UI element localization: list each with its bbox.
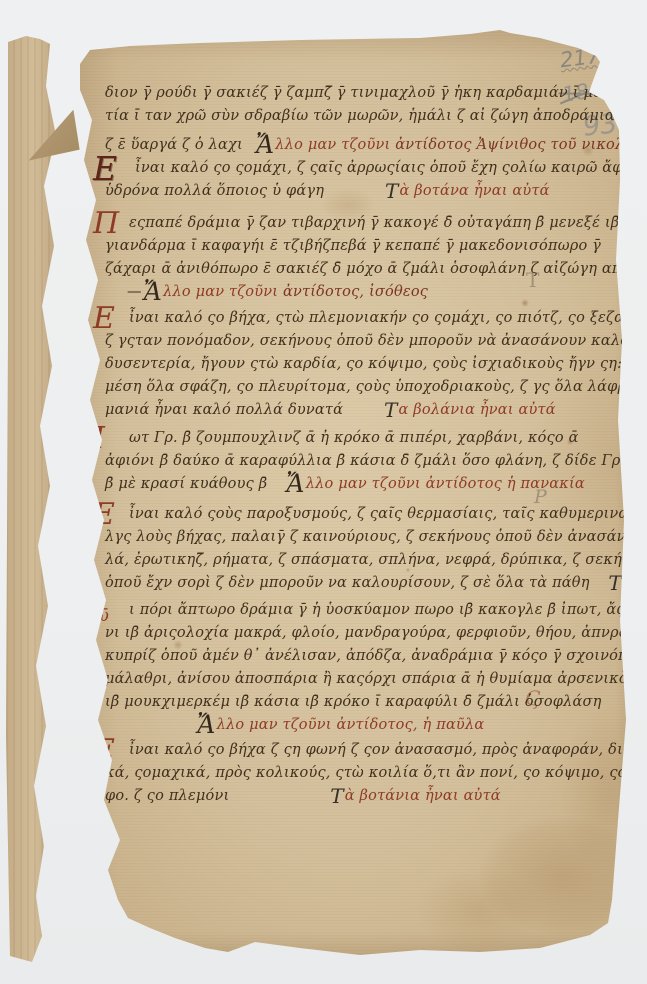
text-line: μέση ὅλα σφάζη, ςο πλευρίτομα, ςοὺς ὑποχ… bbox=[105, 376, 545, 399]
botanicals-heading: Τὰ βοτάνα bbox=[608, 575, 647, 591]
heading-title: ἀντίδοτος, ἰσόθεος bbox=[283, 284, 428, 300]
text-run: β̄ μὲ κρασί κυάθους β̄ bbox=[105, 476, 267, 492]
text-line: ἶναι καλό ςο βήχα ζ ςη φωνή ζ ςον ἀνασασ… bbox=[105, 739, 545, 762]
text-line: κά, ςομαχικά, πρὸς κολικούς, ςτὼ κοιλία … bbox=[105, 762, 545, 785]
text-line: ἶναι καλό ςο ςομάχι, ζ ςαῖς ἀρρωςίαις ὁπ… bbox=[105, 157, 545, 180]
heading-initial: Ἄ bbox=[144, 277, 163, 306]
paragraph-dash: — bbox=[127, 284, 140, 300]
text-line: γιανδάρμα ῑ καφαγήι ε̄ τζιβήζπεβά γ̄ κεπ… bbox=[105, 235, 545, 258]
initial-capital: Ε bbox=[93, 500, 115, 530]
paragraph: Ε ἶναι καλό ςο βήχα, ςτὼ πλεμονιακήν ςο … bbox=[105, 307, 545, 422]
text-line: φο. ζ ςο πλεμόνι Τὰ βοτάνια ἦναι αὐτά bbox=[105, 785, 545, 808]
text-line: ἶναι καλό ςο βήχα, ςτὼ πλεμονιακήν ςο ςο… bbox=[105, 307, 545, 330]
paragraph: Π εςπαπέ δράμια γ̄ ζαν τιβαρχινή γ̄ κακο… bbox=[105, 212, 545, 304]
text-line: ωτ Γρ. β̄ ζουμπουχλινζ ᾱ ἠ κρόκο ᾱ πιπέρ… bbox=[105, 427, 545, 450]
paragraph: Ε ἶναι καλό ςο ςομάχι, ζ ςαῖς ἀρρωςίαις … bbox=[105, 157, 545, 203]
text-line: λγς λοὺς βήχας, παλαιγ̄ ζ καινούριους, ζ… bbox=[105, 526, 545, 549]
initial-capital: Ε bbox=[93, 304, 115, 334]
chapter-heading: Ἄλλο μαν τζοῦνι ἀντίδοτος Ἀψίνιθος τοῦ ν… bbox=[256, 137, 646, 153]
chapter-heading: —Ἄλλο μαν τζοῦνι ἀντίδοτος, ἰσόθεος bbox=[127, 281, 545, 304]
heading-title: ἀντίδοτος ἡ πανακία bbox=[426, 476, 585, 492]
previous-page-torn-stub bbox=[6, 36, 68, 962]
heading-initial: Ἄ bbox=[286, 469, 305, 498]
text-line: ὁποῦ ἔχν σορὶ ζ δὲν μποροῦν να καλουρίσο… bbox=[105, 572, 545, 595]
initial-capital: Ε bbox=[93, 154, 117, 184]
text-line: ἶναι καλό ςοὺς παροξυσμούς, ζ ςαῖς θερμα… bbox=[105, 503, 545, 526]
heading-rubric: λλο μαν τζοῦνι bbox=[306, 476, 426, 492]
heading-rubric: ὰ βοτάνια ἦναι αὐτά bbox=[345, 788, 501, 804]
botanicals-heading: Τα βολάνια ἦναι αὐτά bbox=[384, 402, 556, 418]
heading-initial: Ἄ bbox=[197, 710, 216, 739]
text-line: μανιά ἦναι καλό πολλά δυνατά Τα βολάνια … bbox=[105, 399, 545, 422]
text-line: τία ῑ ταν χρῶ σὺν σδραβίω τῶν μωρῶν, ἡμά… bbox=[105, 105, 545, 128]
heading-initial: Τ bbox=[385, 179, 399, 203]
heading-rubric: ὰ βοτάνα bbox=[623, 575, 647, 591]
paragraph: Ε ἶναι καλό ςοὺς παροξυσμούς, ζ ςαῖς θερ… bbox=[105, 503, 545, 595]
text-line: ιβ̄ μουκχιμερκέμ ιβ̄ κάσια ιβ̄ κρόκο ῑ κ… bbox=[105, 691, 545, 714]
heading-rubric: λλο μαν τζοῦνι bbox=[163, 284, 283, 300]
text-run: φο. ζ ςο πλεμόνι bbox=[105, 788, 229, 804]
initial-capital: Ε bbox=[93, 736, 115, 766]
superscript-abbreviation: ου bbox=[634, 134, 645, 144]
heading-rubric: λλο μαν τζοῦνι bbox=[275, 137, 395, 153]
paragraph-continuation: διον γ̄ ρούδι γ̄ σακιέζ γ̄ ζαμπζ̄ γ̄ τιν… bbox=[105, 82, 545, 157]
paragraph: Ι ωτ Γρ. β̄ ζουμπουχλινζ ᾱ ἠ κρόκο ᾱ πιπ… bbox=[105, 427, 545, 496]
heading-rubric: λλο μαν τζοῦνι ἀντίδοτος, ἡ παῦλα bbox=[217, 717, 485, 733]
text-line: εςπαπέ δράμια γ̄ ζαν τιβαρχινή γ̄ κακογέ… bbox=[105, 212, 545, 235]
manuscript-page: 217 184 93 Τ P Ϛ διον γ̄ ρούδι γ̄ σακιέζ… bbox=[48, 30, 640, 966]
botanicals-heading: Τὰ βοτάνα ἦναι αὐτά bbox=[385, 183, 550, 199]
heading-initial: Τ bbox=[384, 398, 398, 422]
scanned-manuscript: 217 184 93 Τ P Ϛ διον γ̄ ρούδι γ̄ σακιέζ… bbox=[0, 0, 647, 984]
text-line: ι πόρι ἄπτωρο δράμια γ̄ ἡ ὑοσκύαμον πωρο… bbox=[105, 599, 545, 622]
heading-initial: Ἄ bbox=[256, 130, 275, 159]
text-line: ἀφιόνι β̄ δαύκο ᾱ καραφύλλια β̄ κάσια δ̄… bbox=[105, 450, 545, 473]
folio-number-pencil: 217 bbox=[559, 44, 602, 73]
heading-initial: Τ bbox=[608, 571, 622, 595]
text-line: λά, ἐρωτικηζ̄, ρήματα, ζ σπάσματα, σπλήν… bbox=[105, 549, 545, 572]
text-run: μανιά ἦναι καλό πολλά δυνατά bbox=[105, 402, 343, 418]
initial-capital: Π bbox=[93, 209, 119, 239]
heading-initial: Τ bbox=[330, 784, 344, 808]
text-line: νι ιβ̄ ἀριςολοχία μακρά, φλοίο, μανδραγο… bbox=[105, 622, 545, 645]
chapter-heading: Ἄλλο μαν τζοῦνι ἀντίδοτος ἡ πανακία bbox=[286, 476, 585, 492]
initial-capital: Ι bbox=[93, 424, 105, 454]
text-run: ζ ε̄ ὕαργά ζ ὁ λαχι bbox=[105, 137, 243, 153]
text-line: ζ γςταν πονόμαδον, σεκήνους ὁποῦ δὲν μπο… bbox=[105, 330, 545, 353]
text-line: διον γ̄ ρούδι γ̄ σακιέζ γ̄ ζαμπζ̄ γ̄ τιν… bbox=[105, 82, 545, 105]
botanicals-heading: Τὰ βοτάνια ἦναι αὐτά bbox=[330, 788, 501, 804]
text-line: κυπρίζ ὁποῦ ἀμέν θ᾽ ἀνέλισαν, ἀπόδζα, ἀν… bbox=[105, 645, 545, 668]
text-run: ὑδρόνα πολλά ὅποιος ὑ φάγη bbox=[105, 183, 324, 199]
chapter-heading: Ἄλλο μαν τζοῦνι ἀντίδοτος, ἡ παῦλα bbox=[197, 714, 545, 737]
text-line: μάλαθρι, ἀνίσου ἀποσπάρια ἢ καςόρχι σπάρ… bbox=[105, 668, 545, 691]
text-line: β̄ μὲ κρασί κυάθους β̄ Ἄλλο μαν τζοῦνι ἀ… bbox=[105, 473, 545, 496]
paragraph: ω̄ ι πόρι ἄπτωρο δράμια γ̄ ἡ ὑοσκύαμον π… bbox=[105, 599, 545, 714]
text-line: ὑδρόνα πολλά ὅποιος ὑ φάγη Τὰ βοτάνα ἦνα… bbox=[105, 180, 545, 203]
paragraph: Ε ἶναι καλό ςο βήχα ζ ςη φωνή ζ ςον ἀνασ… bbox=[105, 739, 545, 808]
text-line: ζάχαρι ᾱ ἀνιθόπωρο ε̄ σακιέζ δ̄ μόχο ᾱ ζ… bbox=[105, 258, 545, 281]
text-block: διον γ̄ ρούδι γ̄ σακιέζ γ̄ ζαμπζ̄ γ̄ τιν… bbox=[105, 82, 545, 808]
heading-rubric: α βολάνια ἦναι αὐτά bbox=[399, 402, 556, 418]
text-line: ζ ε̄ ὕαργά ζ ὁ λαχι Ἄλλο μαν τζοῦνι ἀντί… bbox=[105, 128, 545, 157]
text-run: ὁποῦ ἔχν σορὶ ζ δὲν μποροῦν να καλουρίσο… bbox=[105, 575, 590, 591]
heading-rubric: ὰ βοτάνα ἦναι αὐτά bbox=[399, 183, 549, 199]
text-line: δυσεντερία, ἤγουν ςτὼ καρδία, ςο κόψιμο,… bbox=[105, 353, 545, 376]
initial-capital: ω̄ bbox=[95, 601, 109, 631]
heading-title: ἀντίδοτος Ἀψίνιθος τοῦ νικολᾶ bbox=[395, 137, 634, 153]
